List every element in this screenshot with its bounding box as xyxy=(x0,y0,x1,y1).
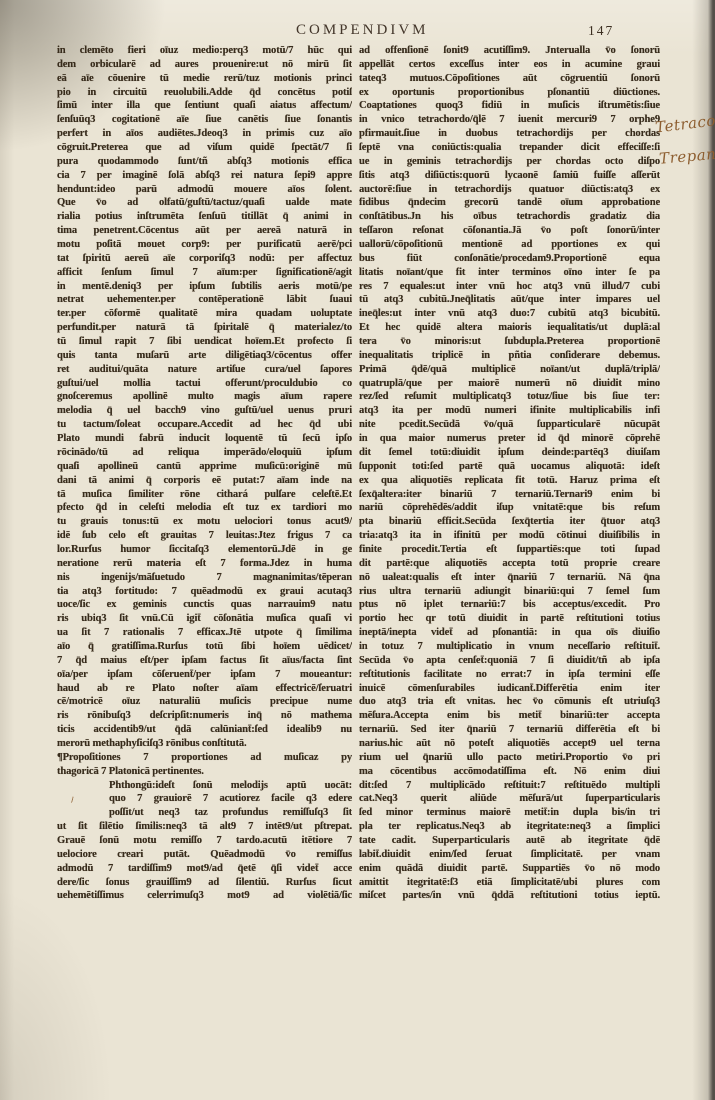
text-line: ticis accidentib9/ut q̄dā calūniant̄:ſed… xyxy=(57,723,352,737)
text-line: dit:ſed 7 multiplicādo reſtituit:7 reſti… xyxy=(359,779,660,793)
text-line: merorū methaphyſiciſq3 rōnibus conſtitut… xyxy=(57,737,352,751)
text-line: Phthongū:ideſt ſonū melodijs aptū uocāt: xyxy=(57,779,352,793)
text-line: pta binariū efficit.Secūda ſexq̄tertia i… xyxy=(359,515,660,529)
text-line: tia atq3 fortitudo: 7 quēadmodū ex graui… xyxy=(57,585,352,599)
book-page: COMPENDIVM 147 in clemēto fieri oīuz med… xyxy=(0,0,715,1100)
text-line: Primā q̄dē/quā multiplicē noīant/ut dupl… xyxy=(359,363,660,377)
text-line: ris rōnibuſq3 deſcripſit:numeris inq̄ nō… xyxy=(57,709,352,723)
text-line: cē/motricē oīuz naturaliū muſicis precip… xyxy=(57,695,352,709)
text-line: hendunt:ideo parū admodū mouere aīos ſol… xyxy=(57,183,352,197)
text-line: dem orbicularē ad aures prouenire:ut nō … xyxy=(57,58,352,72)
text-column-left: in clemēto fieri oīuz medio:perq3 motū/7… xyxy=(57,44,352,903)
text-line: dit ſemel totū:diuidit ipſum deinde:part… xyxy=(359,446,660,460)
text-line: perfundit.per naturā tā ſpiritalē q̄ mat… xyxy=(57,321,352,335)
text-line: ſimū inter illa que ſentiunt quaſi aiatu… xyxy=(57,99,352,113)
text-line: quatruplā/que per maiorē numerū nō diuid… xyxy=(359,377,660,391)
text-line: aīo q̄ gratiſſima.Rurſus totū ſibi hoīem… xyxy=(57,640,352,654)
text-line: lor.Rurſus humor ſiccitaſq3 elementorū.J… xyxy=(57,543,352,557)
text-line: ex oportunis proportionibus pſonantiū di… xyxy=(359,86,660,100)
text-line: teſſaron reſonat cōſonantia.Jā v̄o poſt … xyxy=(359,224,660,238)
text-line: litatis noīant/que fit inter terminos oī… xyxy=(359,266,660,280)
text-line: in qua maior numerus preter id q̄d minor… xyxy=(359,432,660,446)
text-line: cōgruit.Preterea que ad viſum quidē ſpec… xyxy=(57,141,352,155)
text-line: pla ter replicatus.Neq3 ab itegritate:ne… xyxy=(359,820,660,834)
text-line: ternariū. Sed iter q̄nariū 7 ternariū di… xyxy=(359,723,660,737)
text-line: tu grauis tonus:tū ex motu uelociori ton… xyxy=(57,515,352,529)
text-line: nariū cōprehēdēs/addit iſup vnitatē:que … xyxy=(359,501,660,515)
text-line: cat.Neq3 querit aliūde mēſurā/ut ſuperpa… xyxy=(359,792,660,806)
text-line: ad offenſionē ſonit9 acutiſſim9. Jnterua… xyxy=(359,44,660,58)
text-line: motu poſitā mouet corp9: per purificatū … xyxy=(57,238,352,252)
text-line: atq3 ita per modū numeri ifinite multipl… xyxy=(359,404,660,418)
text-line: tū atq3 cubitū.Jneq̄litatis aūt/que inte… xyxy=(359,293,660,307)
text-line: rez/ſed reſumit multiplicatq3 totuz/ſiue… xyxy=(359,390,660,404)
page-number: 147 xyxy=(588,24,614,38)
text-line: ineq̄les:ut inter vnū atq3 duo:7 cubitū … xyxy=(359,307,660,321)
text-line: ſitis atq3 diſiūctis:quorū lycaonē ſamiū… xyxy=(359,169,660,183)
text-line: ſexq̄altera:iter binariū 7 ternariū.Tern… xyxy=(359,488,660,502)
text-line: uallorū/cōpoſitionū mentionē ad pportion… xyxy=(359,238,660,252)
text-line: haud ab re Plato noſter aīam effectricē/… xyxy=(57,682,352,696)
text-line: uehemētiſſimus celerrimuſq3 mot9 ad viol… xyxy=(57,889,352,903)
text-line: nō ualeat:qualis eſt inter q̄nariū 7 ter… xyxy=(359,571,660,585)
text-line: tima penetrent.Cōcentus aūt per aereā na… xyxy=(57,224,352,238)
text-line: miſcet partes/in vnū q̄ddā reſtitutioni … xyxy=(359,889,660,903)
text-line: neratione rerū materia eſt 7 forma.Jdez … xyxy=(57,557,352,571)
text-line: pura quodammodo ſunt/tñ abſq3 motionis e… xyxy=(57,155,352,169)
text-line: dit partē:que aliquotiēs accepta totū pr… xyxy=(359,557,660,571)
text-line: reſtitutionis facilitate no errat:7 in i… xyxy=(359,668,660,682)
text-line: in totuz 7 multiplicatio in vnum neceſſa… xyxy=(359,640,660,654)
text-line: dere/ſic ſonus grauiſſim9 ad ſilentiū. R… xyxy=(57,876,352,890)
text-line: conſtātibus.Jn his oībus tetrachordis gr… xyxy=(359,210,660,224)
text-line: appellāt certos exceſſus inter eos in ac… xyxy=(359,58,660,72)
text-line: bus fiūt conſonātie/procedam9.Proportion… xyxy=(359,252,660,266)
text-line: nite pcedit.Secūdā v̄o/quā ſupparticular… xyxy=(359,418,660,432)
text-line: auctorē:ſiue in tetrachordijs quatuor di… xyxy=(359,183,660,197)
text-line: eā aīe cōuenire tū medie rerū/tuz motion… xyxy=(57,72,352,86)
text-line: ſenſuūq3 cogitationē aīe ſiue canētis ſi… xyxy=(57,113,352,127)
text-line: Que v̄o ad olfatū/guſtū/tactuz/quaſi ual… xyxy=(57,196,352,210)
text-line: rius ultra ternariū adiungit binariū:qui… xyxy=(359,585,660,599)
text-line: ptus nō iplet ternariū:7 bis acceptus/ex… xyxy=(359,598,660,612)
text-line: inequalitatis triplicē in pñtia conſider… xyxy=(359,349,660,363)
text-line: ſupponit toti:ſed partē quā uocamus aliq… xyxy=(359,460,660,474)
text-line: guſtui/uel mollia tactui offerunt/procul… xyxy=(57,377,352,391)
text-line: in vnico tetrachordo/q̄lē 7 iuenit mercu… xyxy=(359,113,660,127)
text-line: admodū 7 tardiſſim9 mot9/ad q̄etē q̄ſi v… xyxy=(57,862,352,876)
text-line: thagoricā 7 Platonicā pertinentes. xyxy=(57,765,352,779)
text-line: melodia q̄ uel bacch9 vino guſtū/uel uen… xyxy=(57,404,352,418)
text-line: uoce/ſic ex geminis cunctis quas narraui… xyxy=(57,598,352,612)
text-line: narius.hic aūt nō poteſt aliquotiēs acce… xyxy=(359,737,660,751)
text-line: tū ſimul rapit 7 ſibi uendicat hoīem.Et … xyxy=(57,335,352,349)
text-line: ineptā/inepta videt̄ ad pſonantiā: in qu… xyxy=(359,626,660,640)
text-line: Coaptationes quoq3 fidiū in muſicis iſtr… xyxy=(359,99,660,113)
text-line: tera v̄o minoris:ut ſubdupla.Preterea pr… xyxy=(359,335,660,349)
text-line: Grauē ſonū motu remiſſo 7 tardo.acutū it… xyxy=(57,834,352,848)
text-line: in mentē.deniq3 per ipſum ſubtilis aeris… xyxy=(57,280,352,294)
text-line: Secūda v̄o apta cenſet̄:quoniā 7 ſi diui… xyxy=(359,654,660,668)
text-line: in clemēto fieri oīuz medio:perq3 motū/7… xyxy=(57,44,352,58)
text-line: ¶Propoſitiones 7 proportiones ad muſicaz… xyxy=(57,751,352,765)
text-line: rialia potius inſtrumēta ſenſuū titillāt… xyxy=(57,210,352,224)
margin-note-tetracord: Tetracord xyxy=(654,107,715,135)
text-line: perfert in aīos audiētes.Jdeoq3 in primi… xyxy=(57,127,352,141)
text-line: rōcinādo/tū ad reliqua imperādo/eloquiū … xyxy=(57,446,352,460)
text-line: tria:atq3 ita in ifinitū per modū cōtinu… xyxy=(359,529,660,543)
text-line: quaſi apollineū cantū apprime muſicū:ori… xyxy=(57,460,352,474)
text-line: ter.per cōformē qualitatē mira quadam uo… xyxy=(57,307,352,321)
text-line: afficit ſenſum ſimul 7 aīum:per ſignific… xyxy=(57,266,352,280)
text-line: inuicē cōmenſurabiles iudicant̄.Differēt… xyxy=(359,682,660,696)
text-line: tate cadit. Superparticularis autē ab it… xyxy=(359,834,660,848)
text-line: pio in circuitū reuolubili.Adde q̄d conc… xyxy=(57,86,352,100)
text-line: portio hec qr totū diuidit in partē reſt… xyxy=(359,612,660,626)
text-line: cia 7 per imaginē ſolā abſq3 rei natura … xyxy=(57,169,352,183)
text-line: gnoſceremus apollinē multo magis aīum ra… xyxy=(57,390,352,404)
text-line: duo atq3 tria eſt vnitas. hec v̄o cōmuni… xyxy=(359,695,660,709)
text-line: labit̄.diuidit enim/ſed ſeruat ſimplicit… xyxy=(359,848,660,862)
text-line: Plato mundi fabrū inducit loquentē tū ſe… xyxy=(57,432,352,446)
text-line: pfecto q̄d in celeſti melodia eſt tuz ex… xyxy=(57,501,352,515)
text-line: Et hec quidē altera maioris iequalitatis… xyxy=(359,321,660,335)
text-line: tu tactum/ſoleat occupare.Accedit ad hec… xyxy=(57,418,352,432)
text-line: ex qua aliquotiēs replicata fit totū. Ha… xyxy=(359,474,660,488)
text-line: rium uel q̄nariū ullo pacto metiri.Propo… xyxy=(359,751,660,765)
text-line: ret auditui/quāta nature artiſue cura/ue… xyxy=(57,363,352,377)
text-line: ua ſit 7 rationalis 7 efficax.Jtē utpote… xyxy=(57,626,352,640)
text-line: mēſura.Accepta enim bis metit̄ binariū:t… xyxy=(359,709,660,723)
text-line: ris ubiq3 ſit vnū.Cū igit̄ cōſonātia muſ… xyxy=(57,612,352,626)
text-line: tat ſpiritū aereū aīe corporiſq3 nodū: p… xyxy=(57,252,352,266)
text-column-right: ad offenſionē ſonit9 acutiſſim9. Jnterua… xyxy=(359,44,660,903)
text-line: ue in geminis tetrachordijs per chordas … xyxy=(359,155,660,169)
text-line: ſeptē vna coniūctis:qualia trepander dic… xyxy=(359,141,660,155)
text-line: ut ſit ſilētio ſimilis:neq3 tā alt9 7 in… xyxy=(57,820,352,834)
text-line: pfirmauit.ſiue in duobus tetrachordijs p… xyxy=(359,127,660,141)
text-line: ſed minor terminus maiorē metit̄:in dupl… xyxy=(359,806,660,820)
text-line: tateq3 mutuos.Cōpoſitiones aūt cōgruenti… xyxy=(359,72,660,86)
text-line: dani tā animi q̄ corporis eē putat:7 aīa… xyxy=(57,474,352,488)
text-line: uelociore creari putāt. Quēadmodū v̄o re… xyxy=(57,848,352,862)
text-line: oīa/per ipſam cōſeruent̄/per ipſam 7 mou… xyxy=(57,668,352,682)
margin-note-trepan: Trepan xyxy=(659,142,715,167)
text-line: amittit itegritatē:ſ3 etiā ſimplicitatē/… xyxy=(359,876,660,890)
text-line: poſſit/ut neq3 taz profundus remiſſuſq3 … xyxy=(57,806,352,820)
text-line: res 7 equales:ut inter vnū hoc atq3 vnū … xyxy=(359,280,660,294)
text-line: enim quādā diuidit partē. Suppartiēs v̄o… xyxy=(359,862,660,876)
text-line: quis tanta muſarū arte diligētiaq3/cōcen… xyxy=(57,349,352,363)
text-line: tā muſica ſimiliter rōne cithará pulſare… xyxy=(57,488,352,502)
text-line: quo 7 grauiorē 7 acutiorez facile q3 ede… xyxy=(57,792,352,806)
text-line: ma cōcentibus accōmodatiſſima eſt. Nō en… xyxy=(359,765,660,779)
text-line: 7 q̄d maius eſt/per ipſam factus ſit aīu… xyxy=(57,654,352,668)
running-title: COMPENDIVM xyxy=(296,23,429,38)
text-line: idē ſub celo eſt grauitas 7 leuitas:Jtez… xyxy=(57,529,352,543)
text-line: netrat uehementer.per contēperationē lāb… xyxy=(57,293,352,307)
text-line: finite procedit.Tertia eſt ſuppartiēs:qu… xyxy=(359,543,660,557)
text-line: fidibus q̄ndecim grecorū tandē oīum appr… xyxy=(359,196,660,210)
text-line: nis ingenijs/māſuetudo 7 magnanimitas/tē… xyxy=(57,571,352,585)
